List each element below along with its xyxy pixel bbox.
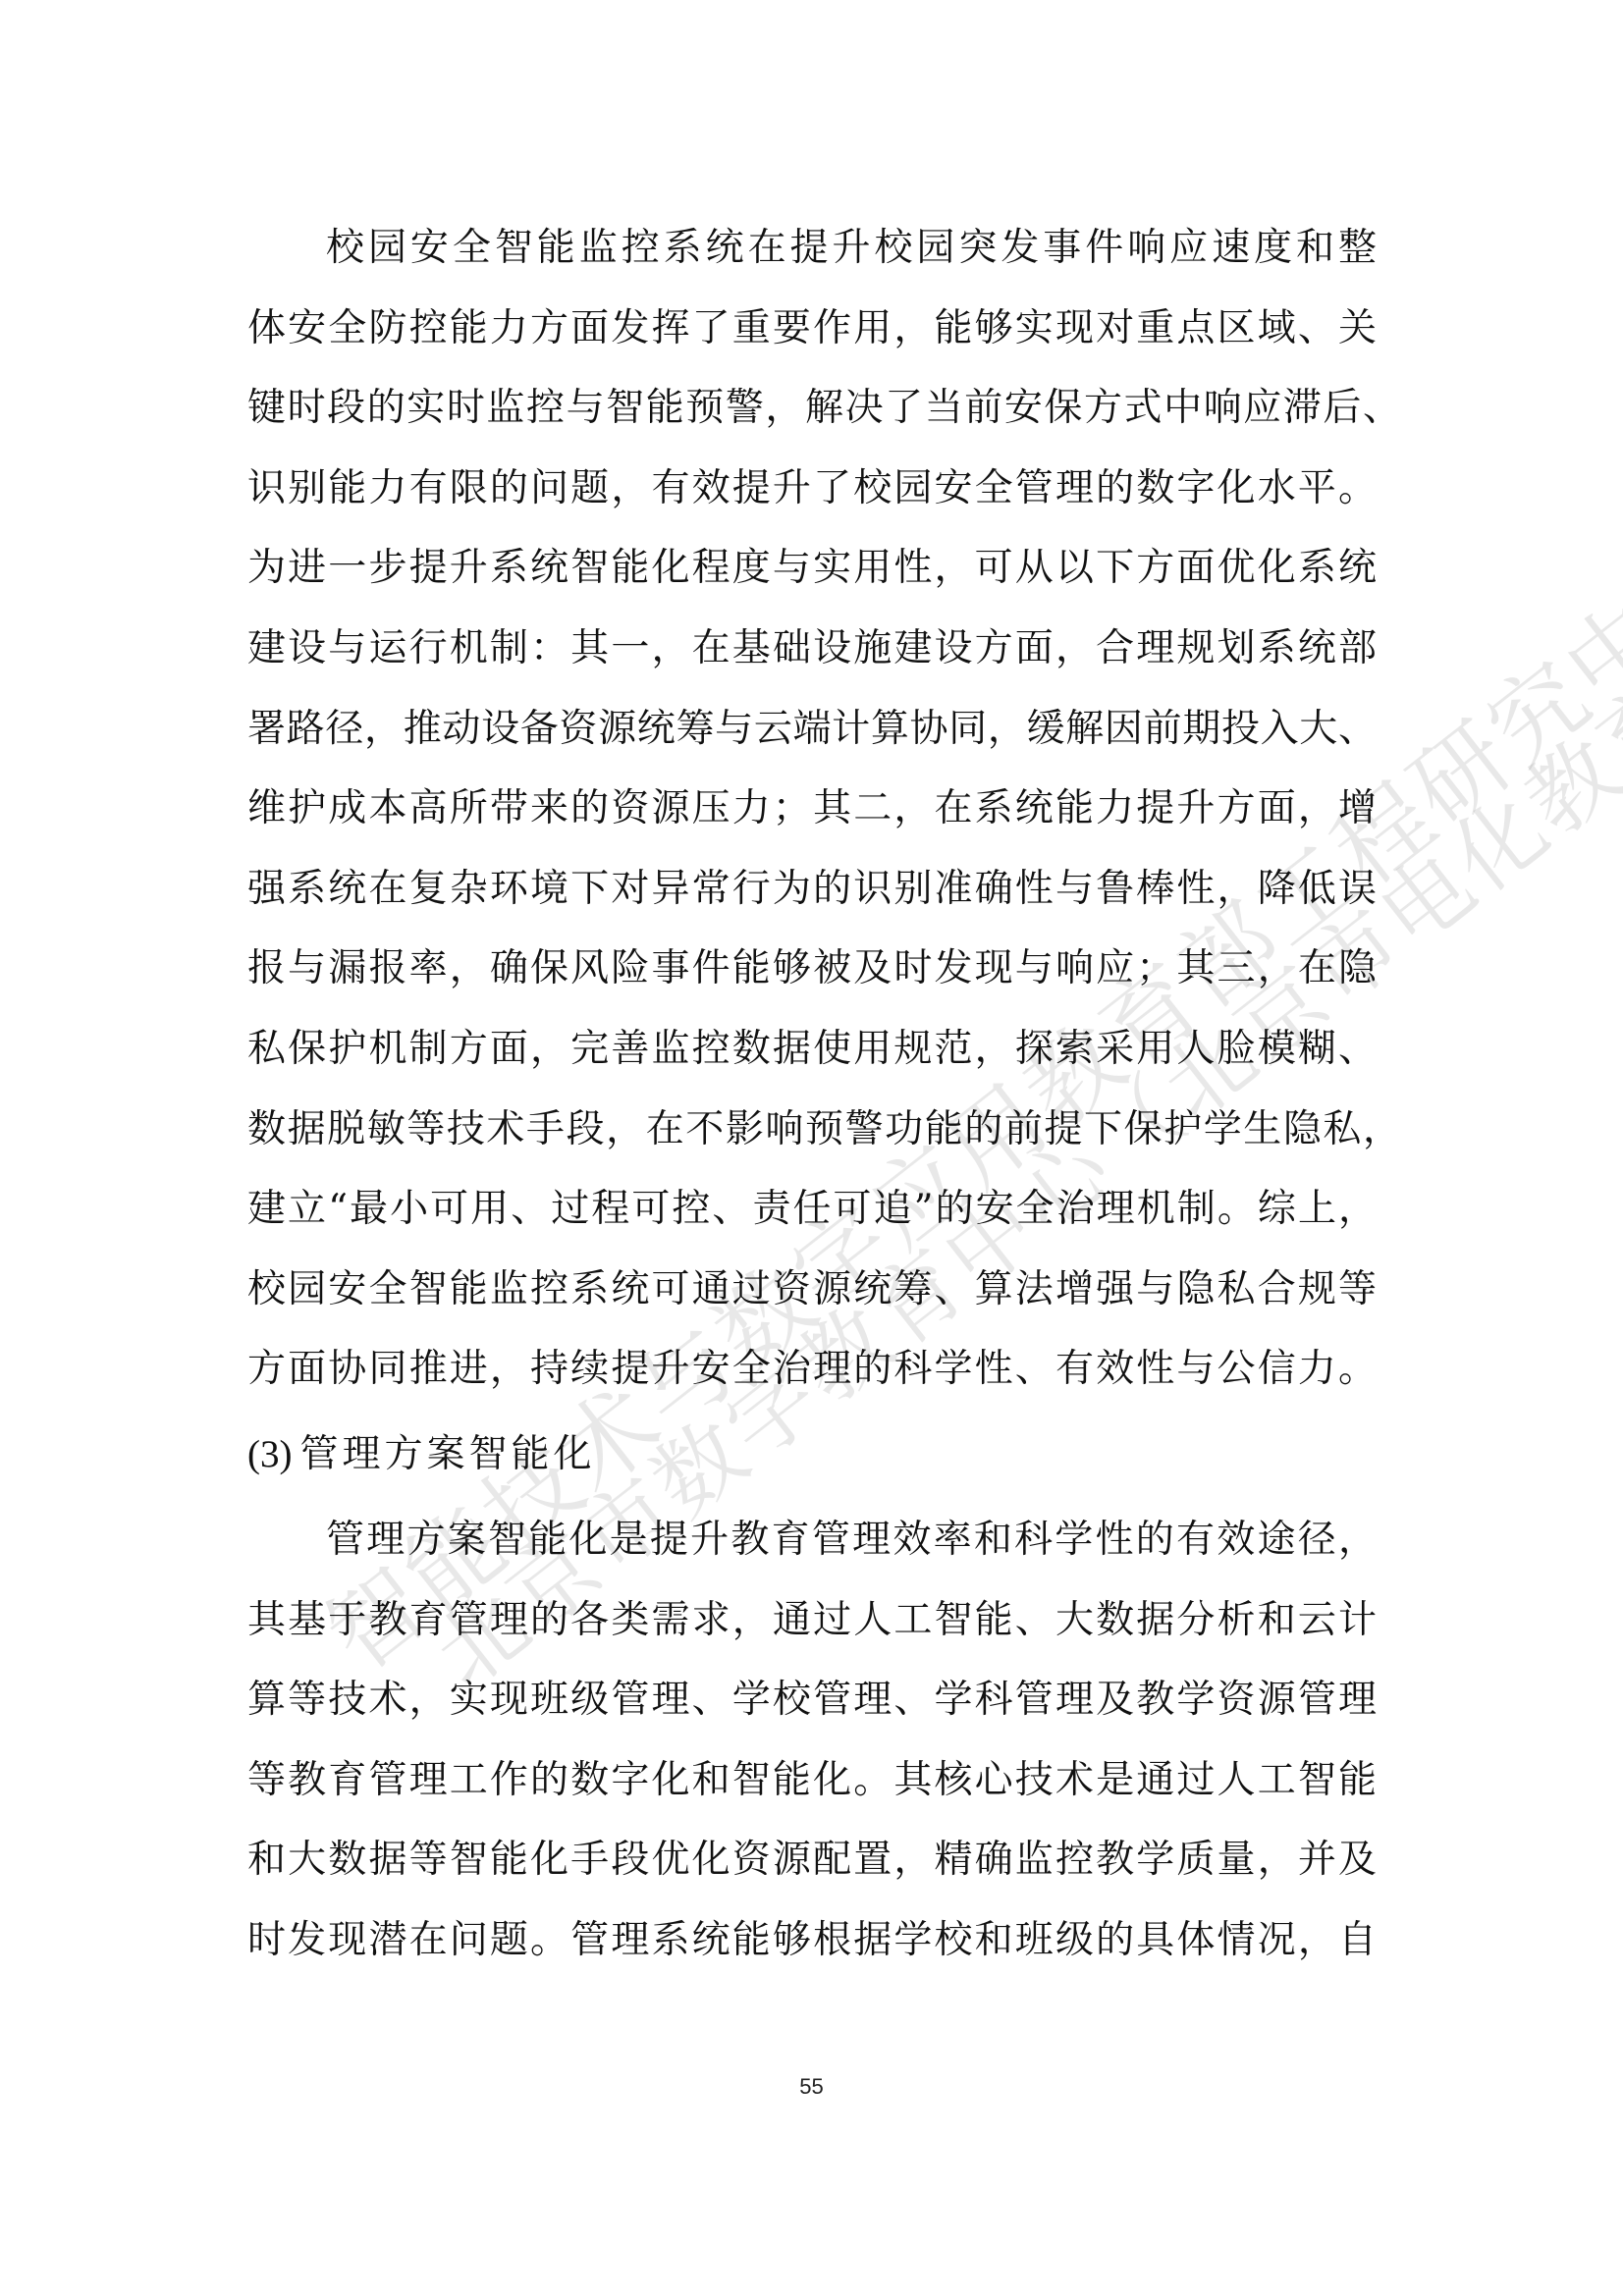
page-number: 55	[0, 2074, 1623, 2100]
paragraph-line: 为进一步提升系统智能化程度与实用性，可从以下方面优化系统	[247, 528, 1377, 609]
section-number: (3)	[247, 1433, 292, 1475]
paragraph-line: 署路径，推动设备资源统筹与云端计算协同，缓解因前期投入大、	[247, 689, 1377, 770]
paragraph-line: 校园安全智能监控系统可通过资源统筹、算法增强与隐私合规等	[247, 1250, 1377, 1330]
paragraph-line: 建立“最小可用、过程可控、责任可追”的安全治理机制。综上，	[247, 1169, 1377, 1250]
paragraph-line: 体安全防控能力方面发挥了重要作用，能够实现对重点区域、关	[247, 289, 1377, 369]
paragraph-management-intelligence: 管理方案智能化是提升教育管理效率和科学性的有效途径， 其基于教育管理的各类需求，…	[247, 1500, 1377, 1981]
document-page: 智能技术与数字应用教育部工程研究中心 北京市数字教育中心（北京市电化教育馆） 校…	[0, 0, 1623, 2296]
paragraph-line: 等教育管理工作的数字化和智能化。其核心技术是通过人工智能	[247, 1740, 1377, 1821]
paragraph-line: 数据脱敏等技术手段，在不影响预警功能的前提下保护学生隐私，	[247, 1090, 1401, 1170]
paragraph-line: 和大数据等智能化手段优化资源配置，精确监控教学质量，并及	[247, 1820, 1377, 1900]
body-text: 校园安全智能监控系统在提升校园突发事件响应速度和整 体安全防控能力方面发挥了重要…	[247, 208, 1377, 1980]
paragraph-line: 识别能力有限的问题，有效提升了校园安全管理的数字化水平。	[247, 449, 1377, 529]
paragraph-line: 其基于教育管理的各类需求，通过人工智能、大数据分析和云计	[247, 1580, 1377, 1661]
paragraph-line: 方面协同推进，持续提升安全治理的科学性、有效性与公信力。	[247, 1329, 1377, 1410]
paragraph-line: 算等技术，实现班级管理、学校管理、学科管理及教学资源管理	[247, 1660, 1377, 1740]
paragraph-campus-security-summary: 校园安全智能监控系统在提升校园突发事件响应速度和整 体安全防控能力方面发挥了重要…	[247, 208, 1377, 1410]
paragraph-line: 管理方案智能化是提升教育管理效率和科学性的有效途径，	[247, 1500, 1377, 1580]
section-title: 管理方案智能化	[299, 1432, 595, 1476]
section-heading: (3)管理方案智能化	[247, 1410, 1377, 1500]
paragraph-line: 报与漏报率，确保风险事件能够被及时发现与响应；其三，在隐	[247, 929, 1377, 1009]
paragraph-line: 时发现潜在问题。管理系统能够根据学校和班级的具体情况，自	[247, 1900, 1377, 1981]
paragraph-line: 键时段的实时监控与智能预警，解决了当前安保方式中响应滞后、	[247, 368, 1401, 449]
paragraph-line: 强系统在复杂环境下对异常行为的识别准确性与鲁棒性，降低误	[247, 849, 1377, 930]
paragraph-line: 私保护机制方面，完善监控数据使用规范，探索采用人脸模糊、	[247, 1009, 1377, 1090]
paragraph-line: 建设与运行机制：其一，在基础设施建设方面，合理规划系统部	[247, 609, 1377, 689]
paragraph-line: 维护成本高所带来的资源压力；其二，在系统能力提升方面，增	[247, 769, 1377, 849]
paragraph-line: 校园安全智能监控系统在提升校园突发事件响应速度和整	[247, 208, 1377, 289]
